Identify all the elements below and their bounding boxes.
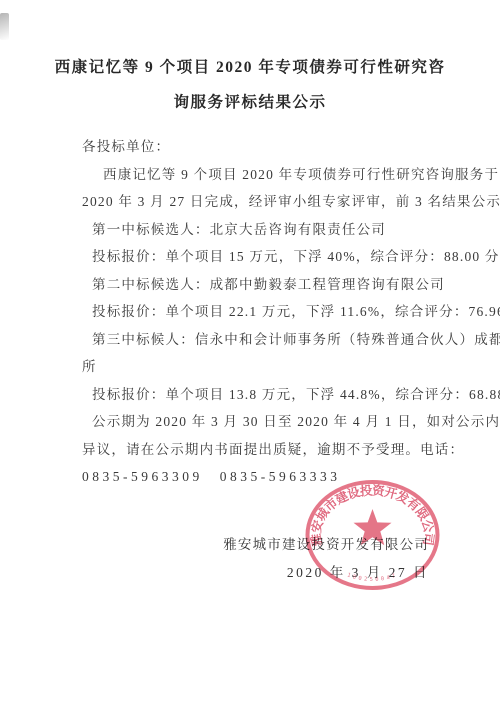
title-line-2: 询服务评标结果公示 <box>50 85 450 120</box>
signature-block: 雅安城市建设投资开发有限公司 2020 年 3 月 27 日 <box>223 531 429 586</box>
intro-line-2: 2020 年 3 月 27 日完成，经评审小组专家评审，前 3 名结果公示如下： <box>82 188 440 216</box>
announcement-document: 西康记忆等 9 个项目 2020 年专项债券可行性研究咨 询服务评标结果公示 各… <box>0 0 500 705</box>
candidate-2-bid-line: 投标报价：单个项目 22.1 万元，下浮 11.6%，综合评分：76.96 分 <box>82 298 440 326</box>
candidate-1-name-line: 第一中标候选人：北京大岳咨询有限责任公司 <box>82 216 440 244</box>
candidate-1-bid-line: 投标报价：单个项目 15 万元，下浮 40%，综合评分：88.00 分 <box>82 243 440 271</box>
title-line-1: 西康记忆等 9 个项目 2020 年专项债券可行性研究咨 <box>50 50 450 85</box>
notice-period-line-2: 异议，请在公示期内书面提出质疑，逾期不予受理。电话： <box>82 436 440 464</box>
candidate-3-name-wrap-line: 所 <box>82 353 440 381</box>
signature-company: 雅安城市建设投资开发有限公司 <box>223 531 429 559</box>
signature-date: 2020 年 3 月 27 日 <box>223 559 429 587</box>
candidate-2-name-line: 第二中标候选人：成都中勤毅泰工程管理咨询有限公司 <box>82 271 440 299</box>
candidate-3-name-line: 第三中标候人：信永中和会计师事务所（特殊普通合伙人）成都分 <box>82 326 440 354</box>
salutation-line: 各投标单位： <box>82 133 440 161</box>
intro-line-1: 西康记忆等 9 个项目 2020 年专项债券可行性研究咨询服务于 <box>82 161 440 189</box>
document-body: 各投标单位： 西康记忆等 9 个项目 2020 年专项债券可行性研究咨询服务于 … <box>82 133 440 491</box>
scan-artifact <box>0 13 9 40</box>
notice-period-line-1: 公示期为 2020 年 3 月 30 日至 2020 年 4 月 1 日，如对公… <box>82 408 440 436</box>
candidate-3-bid-line: 投标报价：单个项目 13.8 万元，下浮 44.8%，综合评分：68.88 分 <box>82 381 440 409</box>
document-title: 西康记忆等 9 个项目 2020 年专项债券可行性研究咨 询服务评标结果公示 <box>50 50 450 120</box>
phone-numbers-line: 0835-5963309 0835-5963333 <box>82 463 440 491</box>
